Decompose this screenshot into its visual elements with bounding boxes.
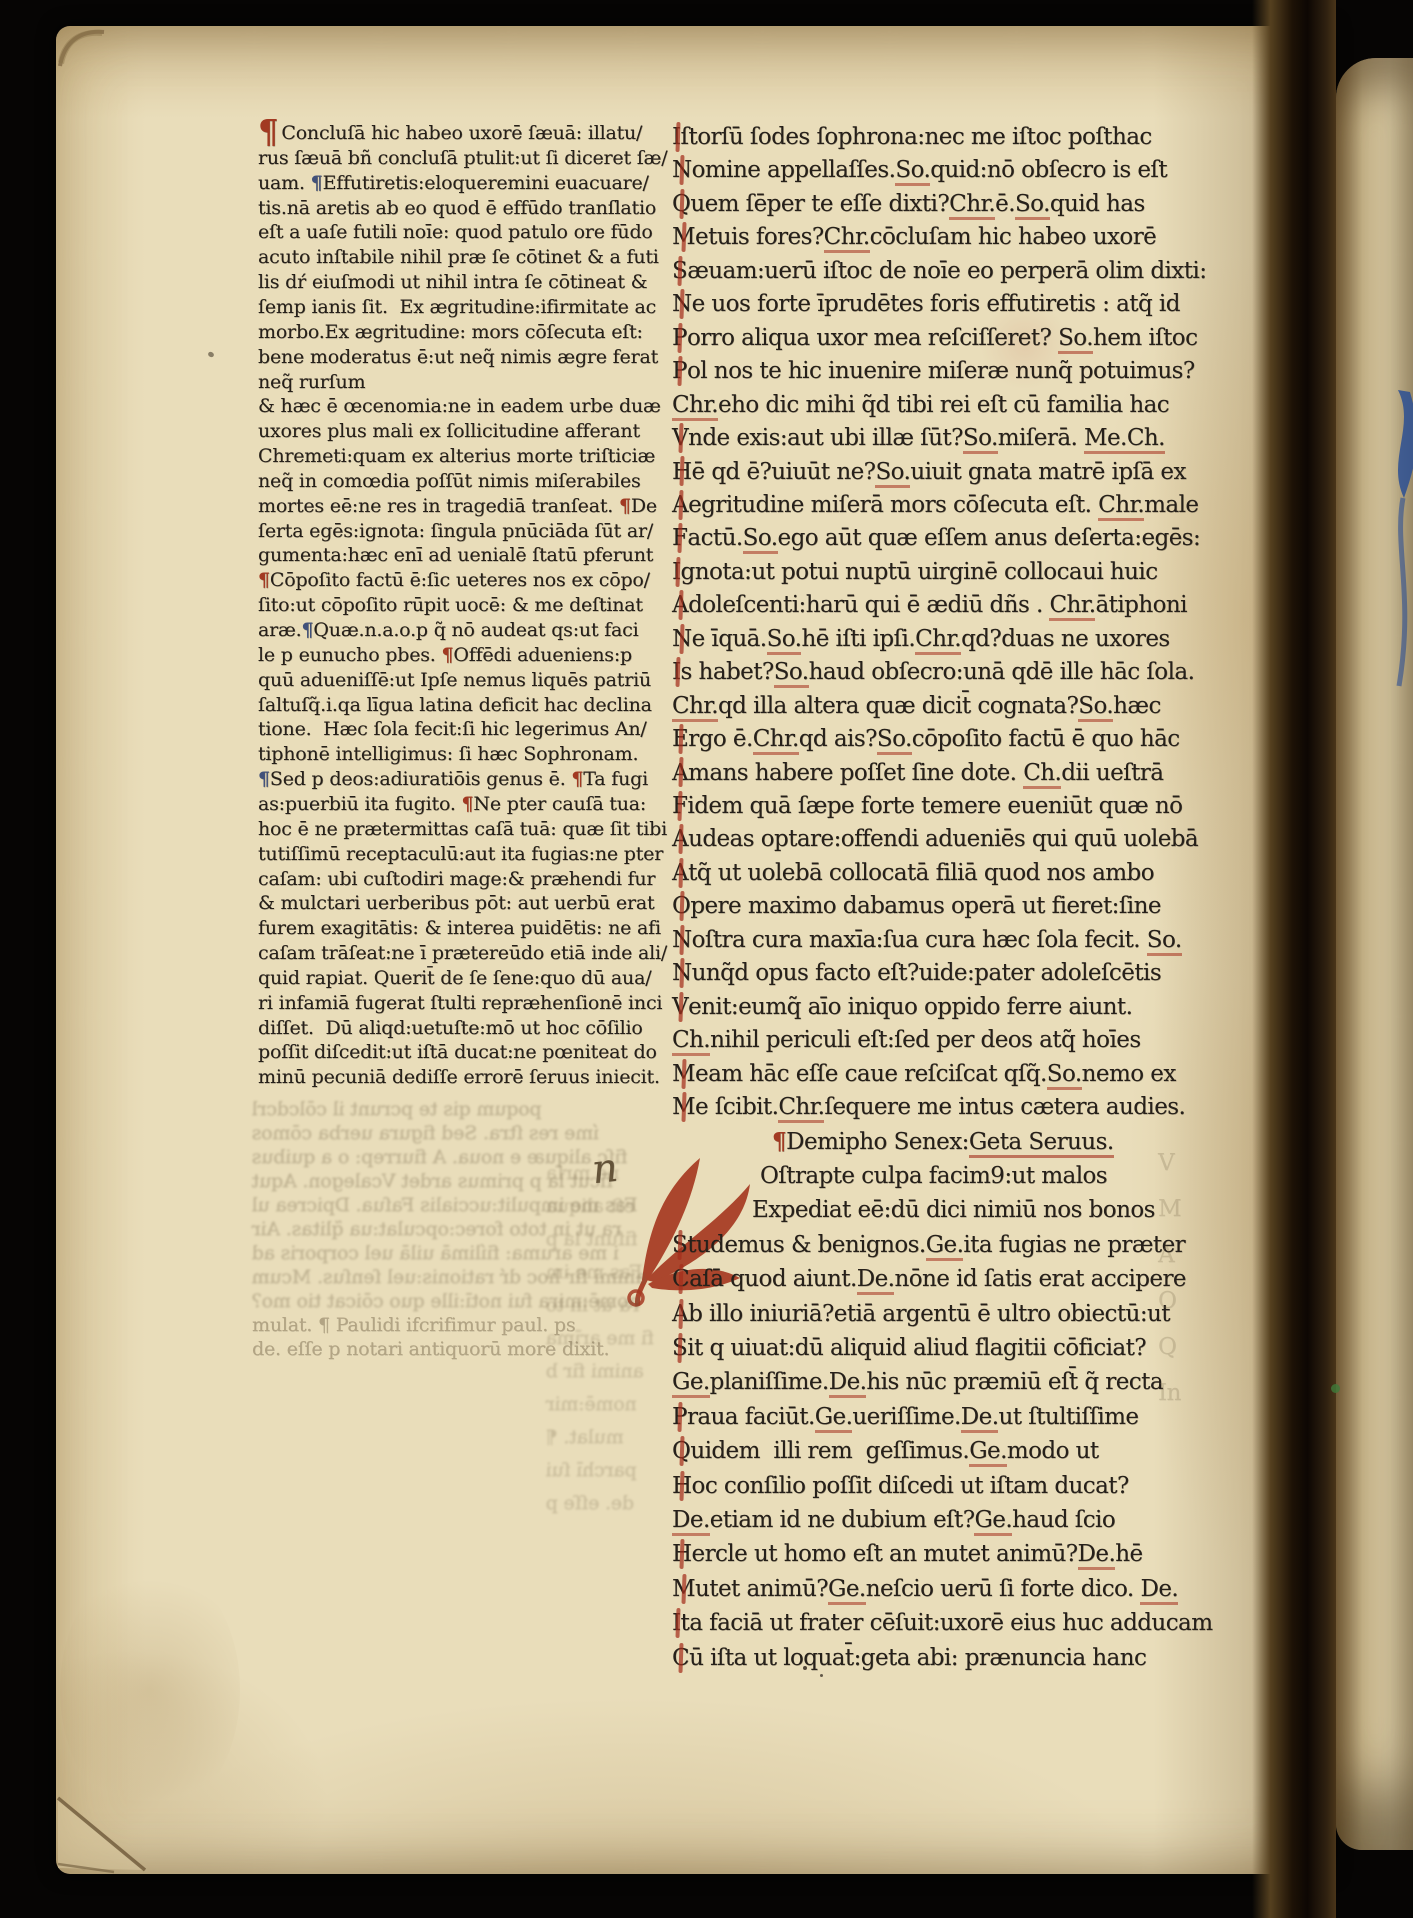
show-through-capital: Q <box>1158 1334 1176 1360</box>
next-leaf-edge <box>1336 58 1413 1850</box>
commentary-line: tione. Hæc ſola fecit:ſi hic legerimus A… <box>258 718 647 740</box>
speaker-abbrev: So. <box>743 525 778 554</box>
commentary-line: poſſit diſcedit:ut iſtā ducat:ne pœnitea… <box>258 1041 657 1063</box>
verse-line: Ge.planiſſime.De.his nūc præmiū eſt̄ q̃ … <box>672 1369 1163 1395</box>
commentary-line: hoc ē ne prætermittas caſā tuā: quæ ſit … <box>258 818 667 840</box>
show-through-text: animi fir b <box>546 1360 644 1382</box>
speaker-abbrev: Ge. <box>672 1369 710 1398</box>
speaker-abbrev: Ch. <box>672 1027 710 1056</box>
commentary-line: le p eunucho pbes. ¶Offēdi adueniens:p <box>258 644 632 666</box>
rubricated-initial: Q <box>672 191 690 217</box>
rubricated-initial: I <box>672 1610 681 1636</box>
rubricated-initial: N <box>672 960 692 986</box>
rubricated-initial: N <box>672 626 692 652</box>
verse-line: Amans habere poſſet ſine dote. Ch.dii ue… <box>672 760 1163 786</box>
speaker-abbrev: So. <box>1078 693 1113 722</box>
verse-line: Oſtrapte culpa facim9:ut malos <box>760 1163 1107 1189</box>
pilcrow-mark: ¶ <box>258 113 278 151</box>
rubricated-initial: O <box>672 893 690 919</box>
commentary-line: ¶Concluſā hic habeo uxorē ſæuā: illatu/ <box>258 122 642 144</box>
speaker-abbrev: De. <box>672 1507 710 1536</box>
speaker-abbrev: Chr. <box>672 693 718 722</box>
binding-gutter <box>1252 0 1336 1918</box>
verse-line: Opere maximo dabamus operā ut fieret:ſin… <box>672 893 1161 919</box>
pilcrow-mark: ¶ <box>302 619 314 641</box>
verse-line: Chr.eho dic mihi q̃d tibi rei eſt cū fam… <box>672 392 1169 418</box>
photograph-background: n ¶Concluſā hic habeo uxorē ſæuā: illatu… <box>0 0 1413 1918</box>
verse-line: Chr.qd illa altera quæ dicit̄ cognata?So… <box>672 693 1161 719</box>
commentary-line: & mulctari uerberibus pōt: aut uerbū era… <box>258 892 654 914</box>
commentary-line: ſito:ut cōpoſito rūpit uocē: & me deſtin… <box>258 594 643 616</box>
verse-line: Audeas optare:offendi adueniēs qui quū u… <box>672 826 1198 852</box>
show-through-text: íme res ſtra. Sed figura uerba cōmos <box>252 1122 599 1144</box>
speaker-abbrev: So. <box>895 157 930 186</box>
verse-line: Sæuam:uerū iſtoc de noīe eo perperā olim… <box>672 258 1206 284</box>
commentary-line: quid rapiat. Querit̄ de ſe ſene:quo dū a… <box>258 967 651 989</box>
speaker-abbrev: So. <box>875 459 910 488</box>
commentary-line: morbo.Ex ægritudine: mors cōſecuta eſt: <box>258 321 643 343</box>
pilcrow-mark: ¶ <box>619 495 631 517</box>
commentary-line: Chremeti:quam ex alterius morte triſtici… <box>258 445 655 467</box>
commentary-line: diſſet. Dū aliqd:uetuſte:mō ut hoc cōſil… <box>258 1017 643 1039</box>
speaker-abbrev: So. <box>1147 927 1182 956</box>
commentary-line: quū adueniſſē:ut Ipſe nemus liquēs patri… <box>258 669 651 691</box>
speaker-abbrev: Chr. <box>949 191 995 220</box>
commentary-line: as:puerbiū ita fugito. ¶Ne pter cauſā tu… <box>258 793 646 815</box>
speaker-abbrev: Ge. <box>969 1438 1007 1467</box>
show-through-text: fiſunt la p <box>546 1228 638 1250</box>
show-through-text: eſt aliqua <box>546 1195 635 1217</box>
speaker-abbrev: Chr. <box>778 1094 824 1123</box>
commentary-line: mortes eē:ne res in tragediā tranſeat. ¶… <box>258 495 657 517</box>
verse-line: De.etiam id ne dubium eſt?Ge.haud ſcio <box>672 1507 1115 1533</box>
commentary-line: tis.nā aretis ab eo quod ē effūdo tranſl… <box>258 197 656 219</box>
commentary-line: tiphonē intelligimus: ſi hæc Sophronam. <box>258 743 638 765</box>
show-through-text: ne mrſa <box>546 1162 620 1184</box>
rubricated-initial: N <box>672 157 692 183</box>
rubricated-initial: P <box>672 325 687 351</box>
pilcrow-mark: ¶ <box>258 768 270 790</box>
verse-line: Porro aliqua uxor mea reſciſſeret? So.he… <box>672 325 1197 351</box>
commentary-line: gumenta:hæc enī ad uenialē ſtatū pferunt <box>258 544 653 566</box>
verse-line: Ch.nihil periculi eſt:ſed per deos atq̃ … <box>672 1027 1141 1053</box>
commentary-line: minū pecuniā dediſſe errorē ſeruus iniec… <box>258 1066 660 1088</box>
commentary-line: ſaltuſq̃.i.qa līgua latina deficit hac d… <box>258 694 652 716</box>
rubricated-initial: P <box>672 1404 687 1430</box>
rubricated-initial: M <box>672 1061 695 1087</box>
commentary-line: ſemp ianis ſit. Ex ægritudine:ifirmitate… <box>258 296 656 318</box>
commentary-line: tutiſſimū receptaculū:aut ita fugias:ne … <box>258 843 663 865</box>
commentary-line: caſam trāſeat:ne ī prætereūdo etiā inde … <box>258 942 667 964</box>
pilcrow-mark: ¶ <box>462 793 474 815</box>
commentary-line: uam. ¶Effutiretis:eloqueremini euacuare/ <box>258 172 649 194</box>
verse-line: Iſtorſū ſodes ſophrona:nec me iſtoc poſt… <box>672 124 1152 150</box>
commentary-line: ri infamiā fugerat ſtulti repræhenſionē … <box>258 992 662 1014</box>
verse-line: Cū iſta ut loquat̄:geta abi: prænuncia h… <box>672 1645 1146 1671</box>
speaker-abbrev: Ch. <box>1023 760 1061 789</box>
show-through-text: parchī ſui <box>546 1459 637 1481</box>
rubricated-initial: N <box>672 291 692 317</box>
speaker-abbrev: De. <box>1078 1541 1116 1570</box>
rubricated-initial: V <box>672 425 688 451</box>
rubricated-initial: M <box>672 1094 695 1120</box>
speaker-abbrev: Ge. <box>828 1576 866 1605</box>
verse-line: Ab illo iniuriā?etiā argentū ē ultro obi… <box>672 1301 1170 1327</box>
show-through-capital: O <box>1158 1288 1176 1314</box>
show-through-text: fi me arīma <box>546 1327 654 1349</box>
verse-line: Hoc conſilio poſſit diſcedi ut iſtam duc… <box>672 1473 1129 1499</box>
verse-line: Praua faciūt.Ge.ueriſſime.De.ut ſtultiſſ… <box>672 1404 1138 1430</box>
commentary-line: caſam: ubi cuſtodiri mage:& præhendi fur <box>258 868 655 890</box>
verse-line: Quidem illi rem geſſimus.Ge.modo ut <box>672 1438 1099 1464</box>
verse-line: Pol nos te hic inuenire miſeræ nunq̃ pot… <box>672 358 1195 384</box>
verse-line: Ergo ē.Chr.qd ais?So.cōpoſito factū ē qu… <box>672 726 1180 752</box>
verse-line: Nunq̃d opus facto eſt?uide:pater adoleſc… <box>672 960 1161 986</box>
rubricated-initial: A <box>672 592 688 618</box>
speaker-abbrev: So. <box>1015 191 1050 220</box>
scene-heading: ¶Demipho Senex:Geta Seruus. <box>772 1128 1114 1155</box>
commentary-line: ſerta egēs:ignota: ſingula pnūciāda ſūt … <box>258 520 653 542</box>
verse-line: Caſā quod aiunt.De.nōne id ſatis erat ac… <box>672 1266 1186 1292</box>
commentary-line: ¶Sed p deos:adiuratiōis genus ē. ¶Ta fug… <box>258 768 648 790</box>
speaker-abbrev: De. <box>961 1404 999 1433</box>
verse-line: Fidem quā ſæpe forte temere eueniūt quæ … <box>672 793 1182 819</box>
pilcrow-mark: ¶ <box>258 569 270 591</box>
rubricated-initial: I <box>672 659 681 685</box>
commentary-line: ¶Cōpoſito factū ē:ſic ueteres nos ex cōp… <box>258 569 650 591</box>
rubricated-initial: F <box>672 525 687 551</box>
rubricated-initial: H <box>672 1473 692 1499</box>
speaker-abbrev: Me. <box>1084 425 1127 454</box>
speaker-abbrev: So. <box>963 425 998 454</box>
rubricated-initial: E <box>672 726 688 752</box>
commentary-line: eſt a uaſe futili noīe: quod patulo ore … <box>258 221 653 243</box>
rubricated-initial: P <box>672 358 687 384</box>
rubricated-initial: A <box>672 1301 688 1327</box>
rubricated-initial: F <box>672 793 687 819</box>
verse-line: Factū.So.ego aūt quæ eſſem anus deſerta:… <box>672 525 1200 551</box>
commentary-line: bene moderatus ē:ut neq̃ nimis ægre fera… <box>258 346 658 368</box>
rubricated-initial: I <box>672 124 681 150</box>
rubricated-initial: A <box>672 826 688 852</box>
show-through-capital: V <box>1158 1150 1174 1176</box>
speaker-abbrev: So. <box>1047 1061 1082 1090</box>
commentary-line: acuto inſtabile nihil præ ſe cōtinet & a… <box>258 246 659 268</box>
show-through-text: mulat. ¶ <box>546 1426 624 1448</box>
verse-line: Hē qd ē?uiuūt ne?So.uiuit gnata matrē ip… <box>672 459 1186 485</box>
commentary-line: & hæc ē œcenomia:ne in eadem urbe duæ <box>258 395 661 417</box>
speaker-abbrev: Chr. <box>753 726 799 755</box>
verse-line: Mutet animū?Ge.neſcio uerū ſi forte dico… <box>672 1576 1178 1602</box>
show-through-text: nomē:mir <box>546 1393 637 1415</box>
rubricated-initial: S <box>672 258 687 284</box>
rubricated-initial: A <box>672 492 688 518</box>
rubricated-initial: H <box>672 459 692 485</box>
show-through-capital: In <box>1158 1380 1181 1406</box>
verse-line: Noſtra cura maxīa:ſua cura hæc ſola feci… <box>672 927 1182 953</box>
speaker-abbrev: Chr. <box>1049 592 1095 621</box>
verse-line: Ne uos forte īprudētes foris effutiretis… <box>672 291 1180 317</box>
speaker-abbrev: Ch. <box>1127 425 1165 454</box>
verse-line: Me ſcibit.Chr.ſequere me intus cætera au… <box>672 1094 1185 1120</box>
speaker-abbrev: Chr. <box>672 392 718 421</box>
top-left-fold-icon <box>52 22 116 86</box>
verse-line: Vnde exis:aut ubi illæ ſūt?So.miſerā. Me… <box>672 425 1165 451</box>
verse-line: Ne īquā.So.hē iſti ipſi.Chr.qd?duas ne u… <box>672 626 1170 652</box>
speaker-abbrev: Chr. <box>915 626 961 655</box>
commentary-line: aræ.¶Quæ.n.a.o.p q̃ nō audeat qs:ut faci <box>258 619 639 641</box>
commentary-line: rus ſæuā bñ concluſā ptulit:ut ſi dicere… <box>258 147 667 169</box>
speaker-abbrev: De. <box>829 1369 867 1398</box>
rubricated-initial: N <box>672 927 692 953</box>
verse-line: Sit q uiuat:dū aliquid aliud flagitii cō… <box>672 1335 1146 1361</box>
verse-line: Metuis fores?Chr.cōcluſam hic habeo uxor… <box>672 224 1156 250</box>
verse-line: Aegritudine miſerā mors cōſecuta eſt. Ch… <box>672 492 1198 518</box>
rubricated-initial: S <box>672 1335 687 1361</box>
speaker-abbrev: Chr. <box>824 224 870 253</box>
rubricated-initial: M <box>672 224 695 250</box>
speaker-abbrev: Ge. <box>974 1507 1012 1536</box>
verse-line: Quem ſēper te eſſe dixti?Chr.ē.So.quid h… <box>672 191 1145 217</box>
show-through-text: de. eſſe p <box>546 1492 634 1514</box>
rubricated-initial: A <box>672 760 688 786</box>
rubricated-initial: S <box>672 1232 687 1258</box>
speaker-abbrev: Ge. <box>815 1404 853 1433</box>
verse-line: Ita faciā ut frater cēſuit:uxorē eius hu… <box>672 1610 1212 1636</box>
speaker-abbrev: So. <box>1058 325 1093 354</box>
speaker-abbrev: De. <box>1140 1576 1178 1605</box>
commentary-line: neq̃ in comœdia poſſūt nimis miſerabiles <box>258 470 641 492</box>
show-through-capital: M <box>1158 1196 1181 1222</box>
speaker-abbrev: Ge. <box>926 1232 964 1261</box>
commentary-line: neq̃ rurſum <box>258 371 365 393</box>
commentary-line: uxores plus mali ex ſollicitudine affera… <box>258 420 640 442</box>
commentary-line: lis dŕ eiuſmodi ut nihil intra ſe cōtine… <box>258 271 647 293</box>
rubricated-initial: M <box>672 1576 695 1602</box>
verse-line: Meam hāc eſſe caue reſciſcat qſq̃.So.nem… <box>672 1061 1176 1087</box>
fly-speck <box>820 1674 823 1677</box>
verse-line: Adoleſcenti:harū qui ē ædiū dñs . Chr.āt… <box>672 592 1187 618</box>
show-through-text: poqum qis te pcrunt il cōlcdcrl <box>252 1098 542 1120</box>
rubricated-initial: I <box>672 559 681 585</box>
verse-line: Atq̃ ut uolebā collocatā filiā quod nos … <box>672 860 1154 886</box>
verse-line: Nomine appellaſſes.So.quid:nō obſecro is… <box>672 157 1167 183</box>
show-through-text: Fas me im <box>546 1261 643 1283</box>
blue-flourish-icon <box>1370 386 1413 716</box>
speaker-abbrev: De. <box>857 1266 895 1295</box>
verse-line: Ignota:ut potui nuptū uirginē collocaui … <box>672 559 1158 585</box>
verse-line: Is habet?So.haud obſecro:unā qdē ille hā… <box>672 659 1194 685</box>
pilcrow-mark: ¶ <box>571 768 583 790</box>
speaker-abbrev: So. <box>877 726 912 755</box>
rubricated-initial: C <box>672 1266 689 1292</box>
verse-line: Studemus & benignos.Ge.ita fugias ne præ… <box>672 1232 1185 1258</box>
speaker-abbrev: Chr. <box>1098 492 1144 521</box>
rubricated-initial: A <box>672 860 688 886</box>
show-through-capital: A <box>1158 1242 1174 1268</box>
commentary-line: furem exagitātis: & interea puidētis: ne… <box>258 917 661 939</box>
paper-stain <box>60 1560 240 1820</box>
pilcrow-mark: ¶ <box>772 1128 786 1155</box>
show-through-text: ra ut in to <box>546 1294 640 1316</box>
speaker-abbrev: So. <box>774 659 809 688</box>
rubricated-initial: H <box>672 1541 692 1567</box>
verse-line: Venit:eumq̃ aīo iniquo oppido ferre aiun… <box>672 994 1132 1020</box>
rubricated-initial: V <box>672 994 688 1020</box>
pilcrow-mark: ¶ <box>311 172 323 194</box>
verse-line: Hercle ut homo eſt an mutet animū?De.hē <box>672 1541 1143 1567</box>
speaker-abbrev: So. <box>767 626 802 655</box>
pilcrow-mark: ¶ <box>441 644 453 666</box>
rubricated-initial: Q <box>672 1438 690 1464</box>
show-through-text: mulat. ¶ Paulidi ifcrifimur paul. ps <box>252 1314 575 1336</box>
verse-line: Expediat eē:dū dici nimiū nos bonos <box>752 1197 1155 1223</box>
green-ink-mark <box>1331 1384 1340 1393</box>
rubricated-initial: C <box>672 1645 689 1671</box>
